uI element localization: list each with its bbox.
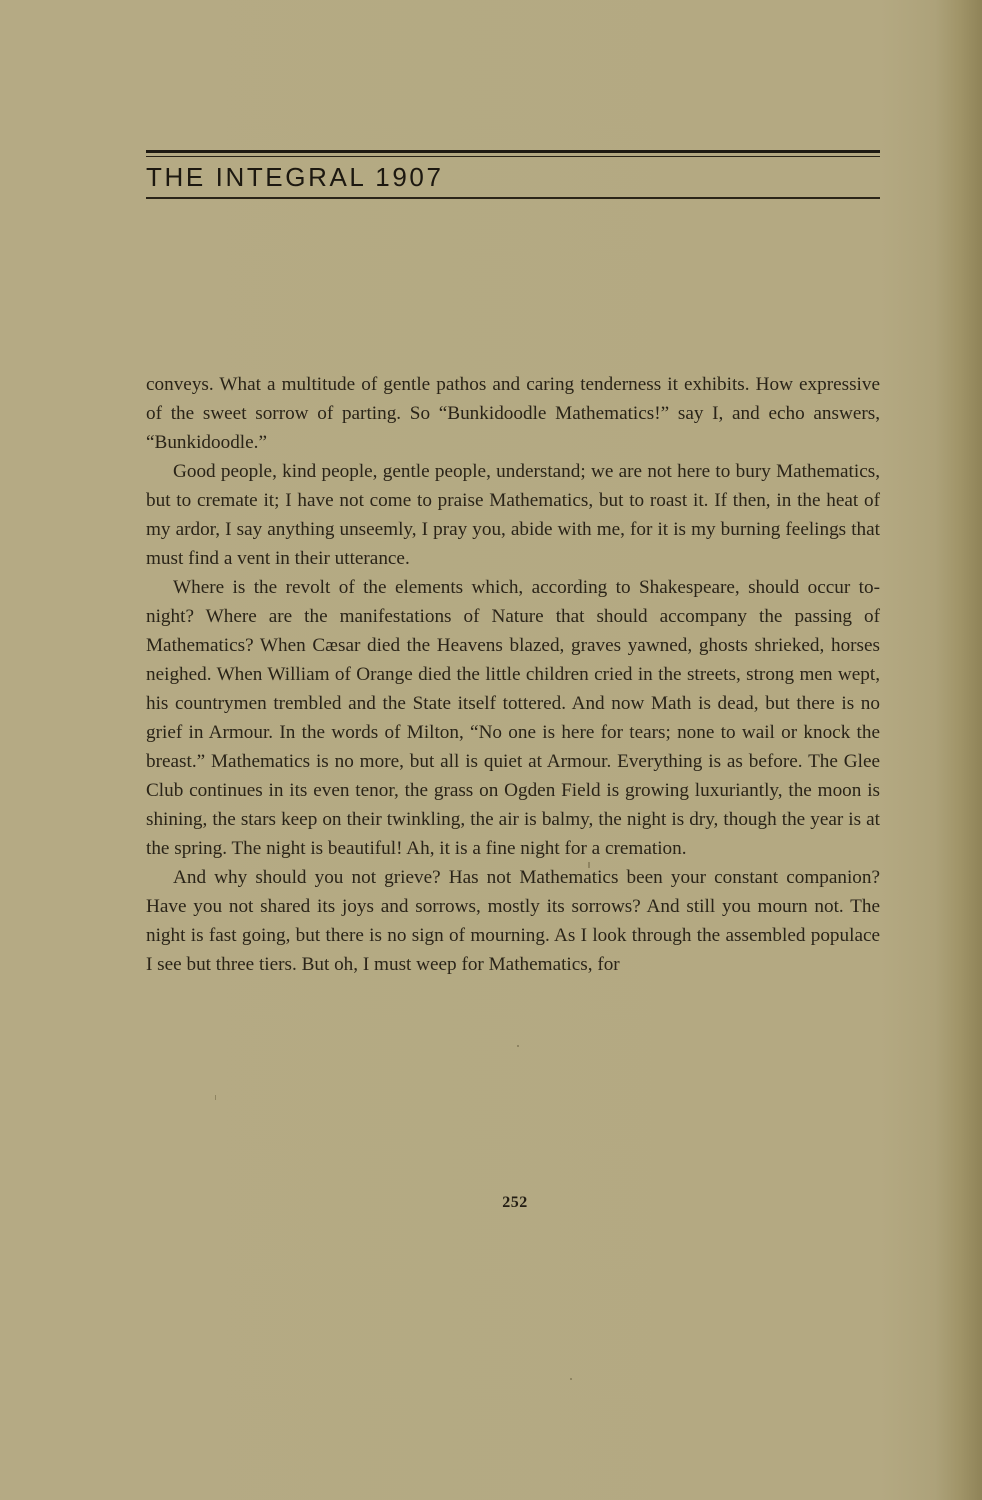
- body-text: conveys. What a multitude of gentle path…: [146, 370, 880, 979]
- header-rule-thick: [146, 150, 880, 153]
- paragraph: Good people, kind people, gentle people,…: [146, 457, 880, 573]
- header-rule-bottom: [146, 197, 880, 199]
- page-number: 252: [0, 1194, 982, 1212]
- paper-speck: [570, 1378, 572, 1380]
- running-head: THE INTEGRAL 1907: [146, 150, 880, 199]
- paper-speck: [215, 1095, 216, 1100]
- paper-speck: [517, 1045, 519, 1047]
- book-page: THE INTEGRAL 1907 conveys. What a multit…: [0, 0, 982, 1500]
- paper-speck: [588, 862, 590, 868]
- paragraph: Where is the revolt of the elements whic…: [146, 573, 880, 863]
- paragraph: And why should you not grieve? Has not M…: [146, 863, 880, 979]
- paragraph-continued: conveys. What a multitude of gentle path…: [146, 370, 880, 457]
- running-head-title: THE INTEGRAL 1907: [146, 157, 880, 197]
